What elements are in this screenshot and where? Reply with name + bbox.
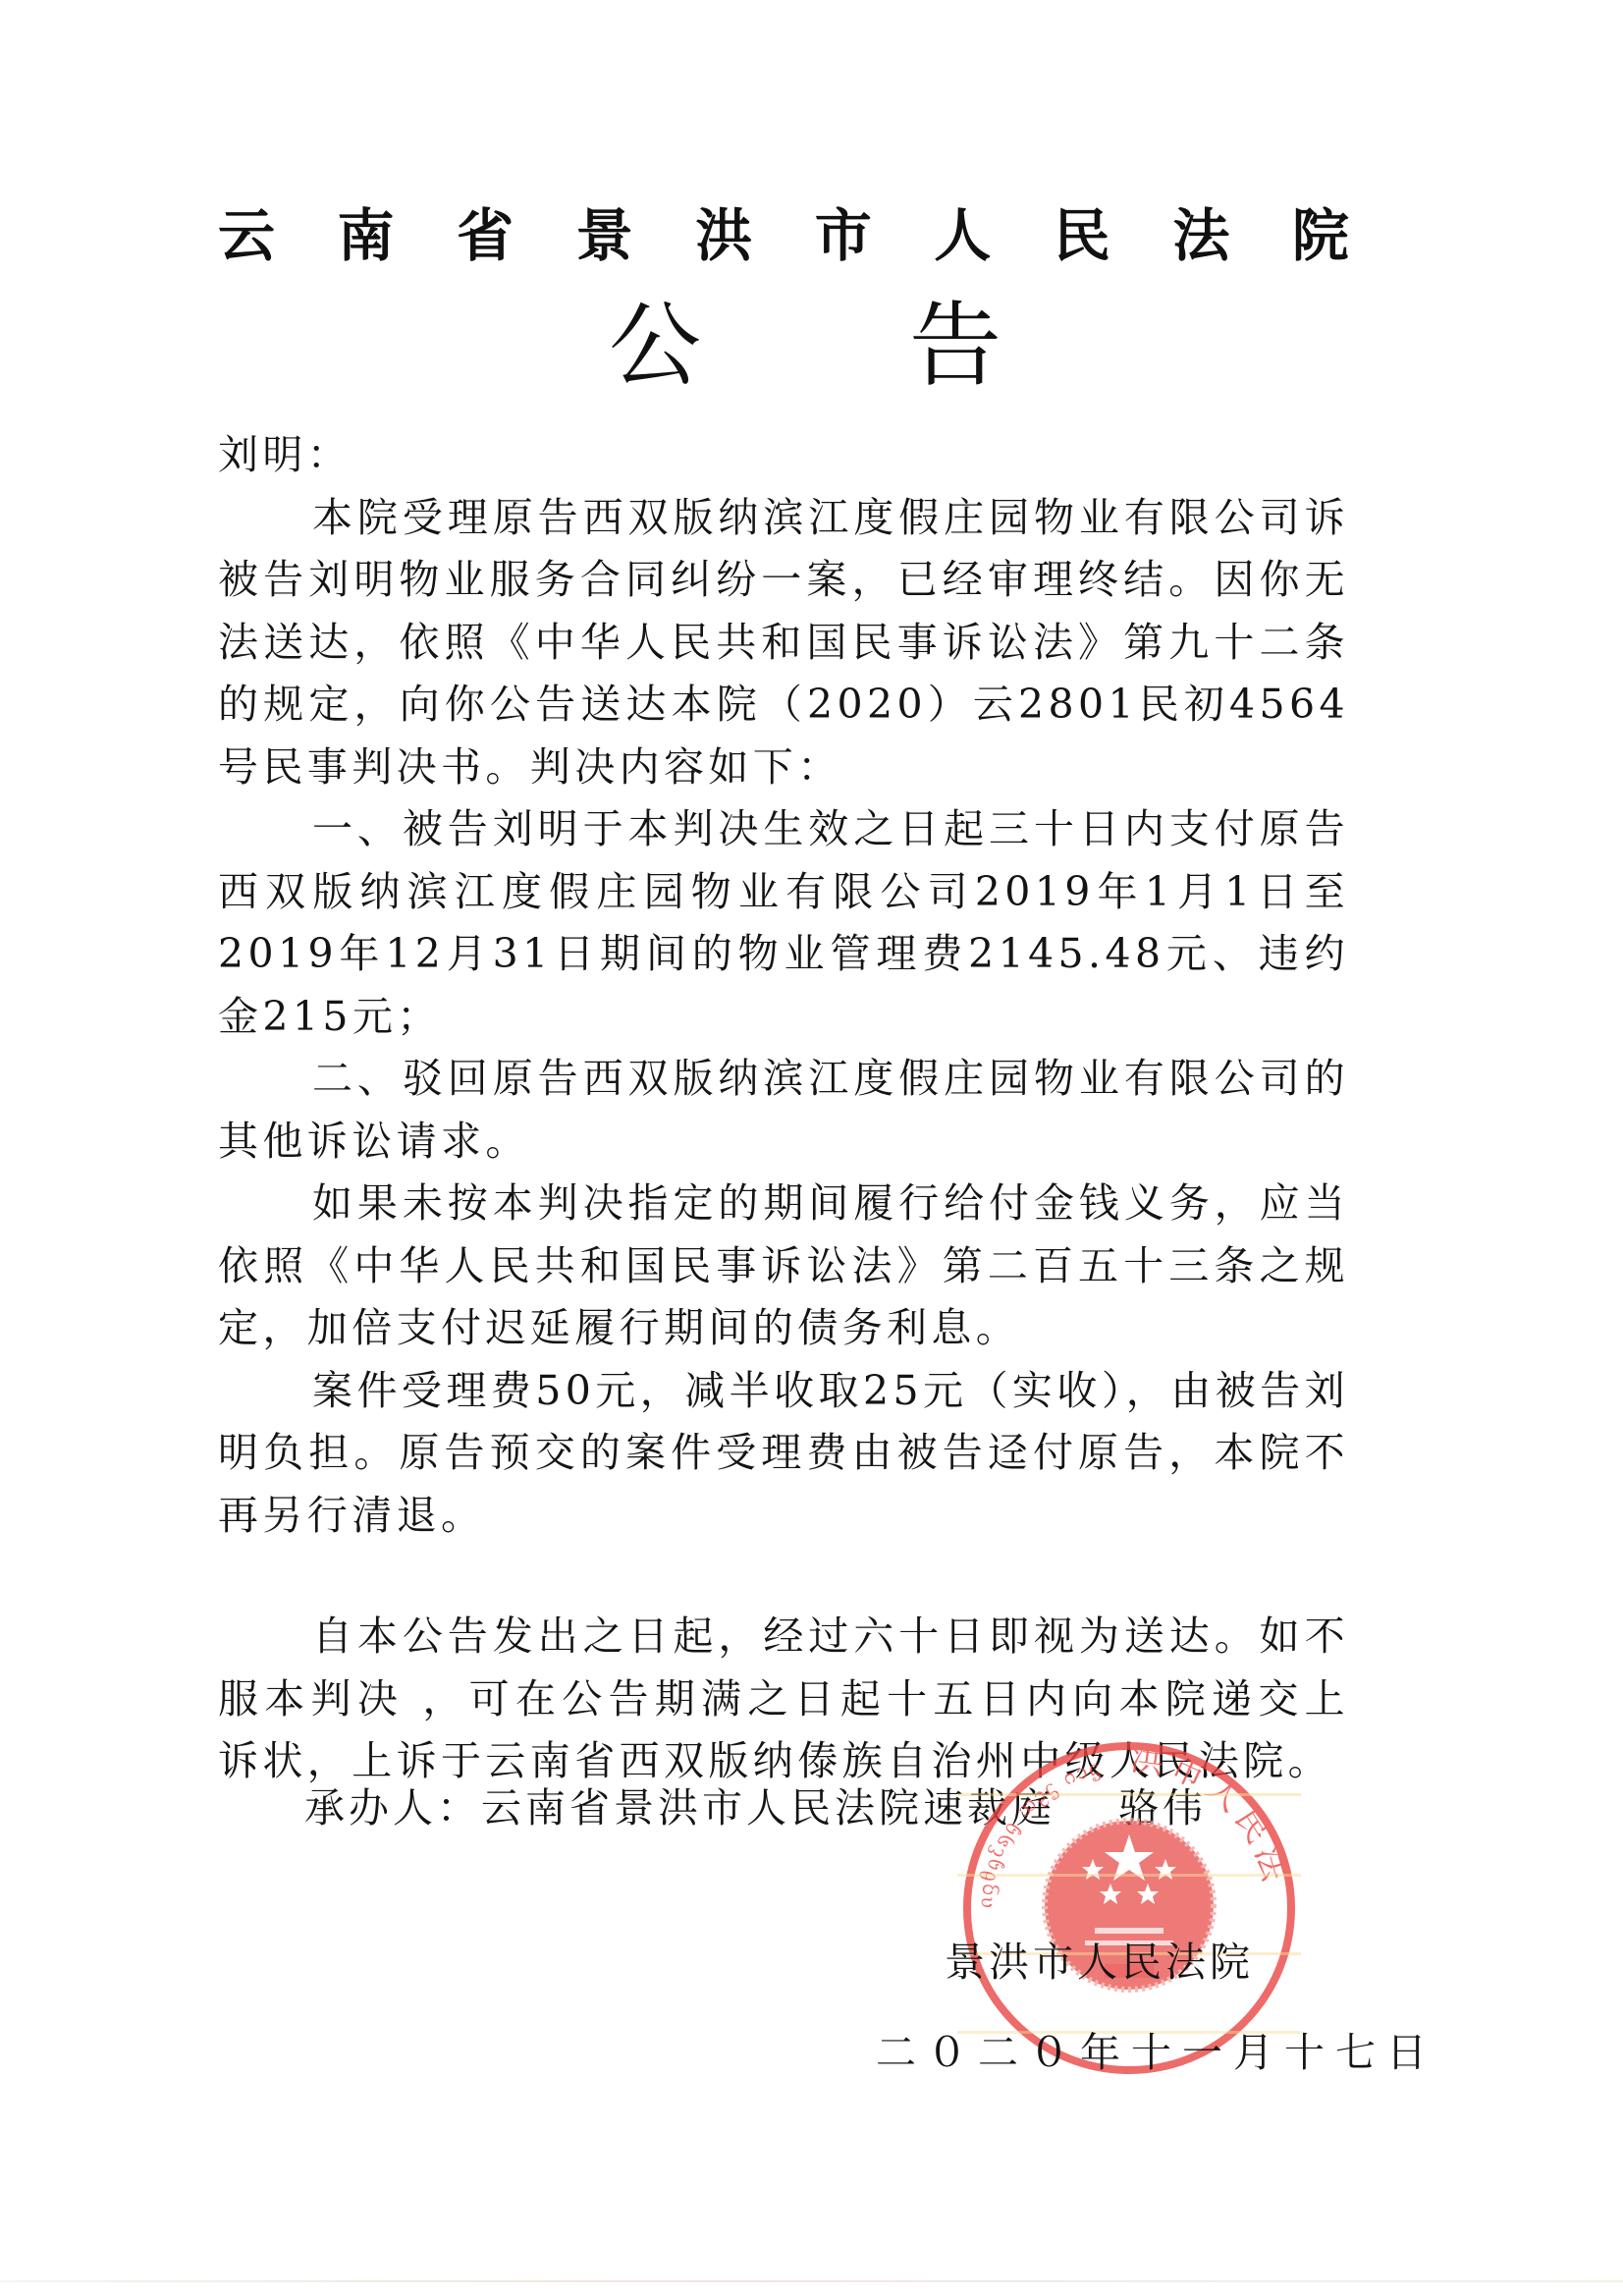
court-name-char: 法 bbox=[1172, 201, 1229, 270]
court-name-char: 民 bbox=[1054, 201, 1110, 270]
court-name-char: 省 bbox=[457, 201, 514, 270]
court-name-char: 人 bbox=[934, 201, 991, 270]
signing-court: 景洪市人民法院 bbox=[945, 1933, 1254, 1992]
case-fee-paragraph: 案件受理费50元，减半收取25元（实收），由被告刘明负担。原告预交的案件受理费由… bbox=[218, 1360, 1349, 1548]
court-name-char: 南 bbox=[338, 201, 395, 270]
judgment-item-1: 一、被告刘明于本判决生效之日起三十日内支付原告西双版纳滨江度假庄园物业有限公司2… bbox=[218, 798, 1349, 1048]
court-name-char: 景 bbox=[576, 201, 633, 270]
intro-paragraph: 本院受理原告西双版纳滨江度假庄园物业有限公司诉被告刘明物业服务合同纠纷一案，已经… bbox=[218, 487, 1349, 799]
notice-title: 公 告 bbox=[609, 293, 1001, 401]
late-payment-paragraph: 如果未按本判决指定的期间履行给付金钱义务，应当依照《中华人民共和国民事诉讼法》第… bbox=[218, 1173, 1349, 1360]
addressee: 刘明： bbox=[218, 424, 1349, 487]
notice-body: 刘明： 本院受理原告西双版纳滨江度假庄园物业有限公司诉被告刘明物业服务合同纠纷一… bbox=[218, 424, 1349, 1793]
scan-edge-line bbox=[0, 2280, 1623, 2282]
notice-page: 云 南 省 景 洪 市 人 民 法 院 公 告 刘明： 本院受理原告西双版纳滨江… bbox=[0, 0, 1623, 2296]
paragraph-gap bbox=[218, 1547, 1349, 1606]
court-name-char: 市 bbox=[815, 201, 872, 270]
judgment-item-2: 二、驳回原告西双版纳滨江度假庄园物业有限公司的其他诉讼请求。 bbox=[218, 1048, 1349, 1173]
court-name-heading: 云 南 省 景 洪 市 人 民 法 院 bbox=[218, 201, 1349, 270]
notice-title-char: 告 bbox=[909, 293, 1001, 401]
notice-title-char: 公 bbox=[609, 293, 701, 401]
notice-date: 二０二０年十一月十七日 bbox=[876, 2023, 1437, 2082]
handler-label: 承办人： bbox=[304, 1784, 481, 1831]
court-name-char: 洪 bbox=[695, 201, 752, 270]
court-name-char: 院 bbox=[1292, 201, 1349, 270]
court-name-char: 云 bbox=[218, 201, 275, 270]
